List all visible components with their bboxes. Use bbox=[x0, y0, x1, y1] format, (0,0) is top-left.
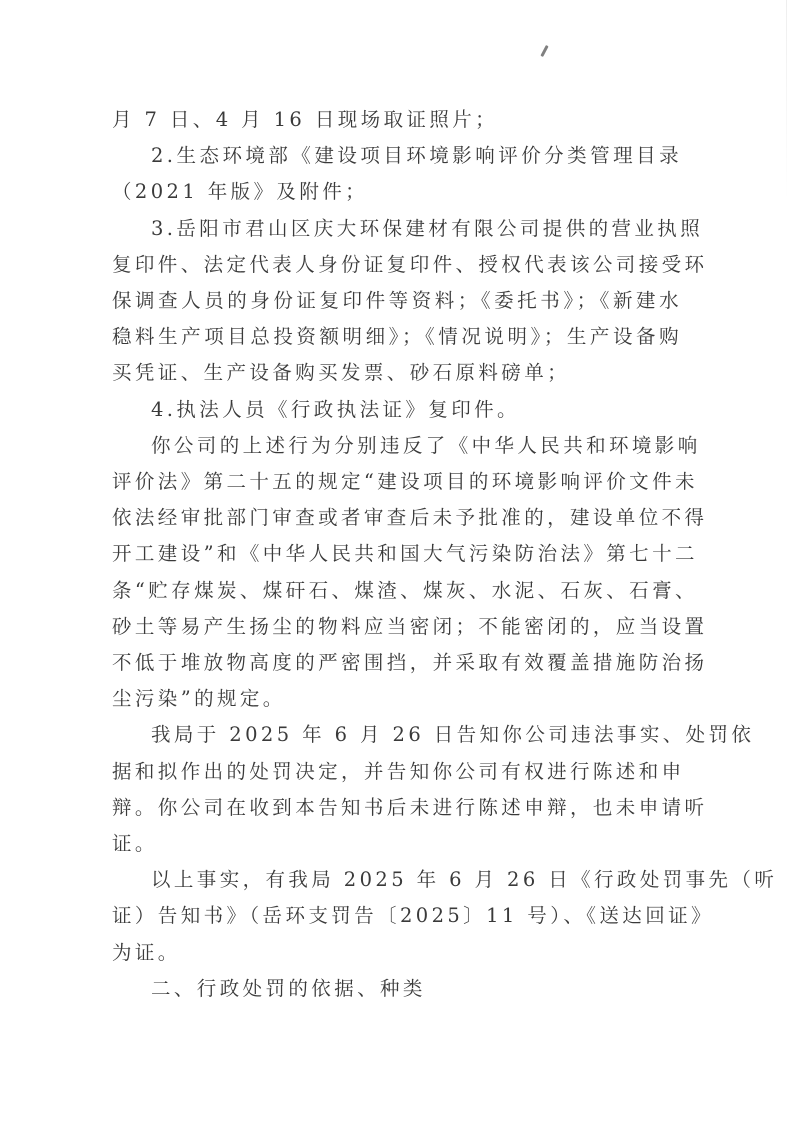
text-line: 不低于堆放物高度的严密围挡，并采取有效覆盖措施防治扬 bbox=[112, 645, 682, 681]
text-line: 证）告知书》（岳环支罚告〔2025〕11 号）、《送达回证》 bbox=[112, 898, 682, 934]
text-line: （2021 年版》及附件； bbox=[112, 174, 682, 210]
text-line: 月 7 日、4 月 16 日现场取证照片； bbox=[112, 102, 682, 138]
text-line: 保调查人员的身份证复印件等资料；《委托书》；《新建水 bbox=[112, 283, 682, 319]
document-page: 月 7 日、4 月 16 日现场取证照片； 2.生态环境部《建设项目环境影响评价… bbox=[0, 0, 793, 1122]
section-heading-penalty-basis: 二、行政处罚的依据、种类 bbox=[112, 971, 682, 1007]
text-line: 砂土等易产生扬尘的物料应当密闭；不能密闭的，应当设置 bbox=[112, 609, 682, 645]
paragraph-notification: 我局于 2025 年 6 月 26 日告知你公司违法事实、处罚依 据和拟作出的处… bbox=[112, 717, 682, 862]
paragraph-evidence-1-tail: 月 7 日、4 月 16 日现场取证照片； bbox=[112, 102, 682, 138]
text-line: 为证。 bbox=[112, 935, 682, 971]
text-line: 2.生态环境部《建设项目环境影响评价分类管理目录 bbox=[112, 138, 682, 174]
text-line: 我局于 2025 年 6 月 26 日告知你公司违法事实、处罚依 bbox=[112, 717, 682, 753]
text-line: 以上事实，有我局 2025 年 6 月 26 日《行政处罚事先（听 bbox=[112, 862, 682, 898]
document-body: 月 7 日、4 月 16 日现场取证照片； 2.生态环境部《建设项目环境影响评价… bbox=[112, 102, 682, 1007]
text-line: 4.执法人员《行政执法证》复印件。 bbox=[112, 392, 682, 428]
scan-pen-mark bbox=[540, 45, 548, 57]
text-line: 评价法》第二十五的规定“建设项目的环境影响评价文件未 bbox=[112, 464, 682, 500]
section-heading-text: 二、行政处罚的依据、种类 bbox=[112, 971, 682, 1007]
text-line: 据和拟作出的处罚决定，并告知你公司有权进行陈述和申 bbox=[112, 754, 682, 790]
text-line: 你公司的上述行为分别违反了《中华人民共和环境影响 bbox=[112, 428, 682, 464]
paragraph-violation: 你公司的上述行为分别违反了《中华人民共和环境影响 评价法》第二十五的规定“建设项… bbox=[112, 428, 682, 718]
paragraph-proof: 以上事实，有我局 2025 年 6 月 26 日《行政处罚事先（听 证）告知书》… bbox=[112, 862, 682, 971]
paragraph-evidence-4: 4.执法人员《行政执法证》复印件。 bbox=[112, 392, 682, 428]
text-line: 稳料生产项目总投资额明细》；《情况说明》；生产设备购 bbox=[112, 319, 682, 355]
text-line: 辩。你公司在收到本告知书后未进行陈述申辩，也未申请听 bbox=[112, 790, 682, 826]
text-line: 证。 bbox=[112, 826, 682, 862]
text-line: 复印件、法定代表人身份证复印件、授权代表该公司接受环 bbox=[112, 247, 682, 283]
text-line: 尘污染”的规定。 bbox=[112, 681, 682, 717]
text-line: 条“贮存煤炭、煤矸石、煤渣、煤灰、水泥、石灰、石膏、 bbox=[112, 573, 682, 609]
text-line: 开工建设”和《中华人民共和国大气污染防治法》第七十二 bbox=[112, 536, 682, 572]
text-line: 3.岳阳市君山区庆大环保建材有限公司提供的营业执照 bbox=[112, 211, 682, 247]
paragraph-evidence-2: 2.生态环境部《建设项目环境影响评价分类管理目录 （2021 年版》及附件； bbox=[112, 138, 682, 210]
text-line: 依法经审批部门审查或者审查后未予批准的，建设单位不得 bbox=[112, 500, 682, 536]
text-line: 买凭证、生产设备购买发票、砂石原料磅单； bbox=[112, 355, 682, 391]
paragraph-evidence-3: 3.岳阳市君山区庆大环保建材有限公司提供的营业执照 复印件、法定代表人身份证复印… bbox=[112, 211, 682, 392]
scan-edge-shadow bbox=[786, 0, 787, 200]
